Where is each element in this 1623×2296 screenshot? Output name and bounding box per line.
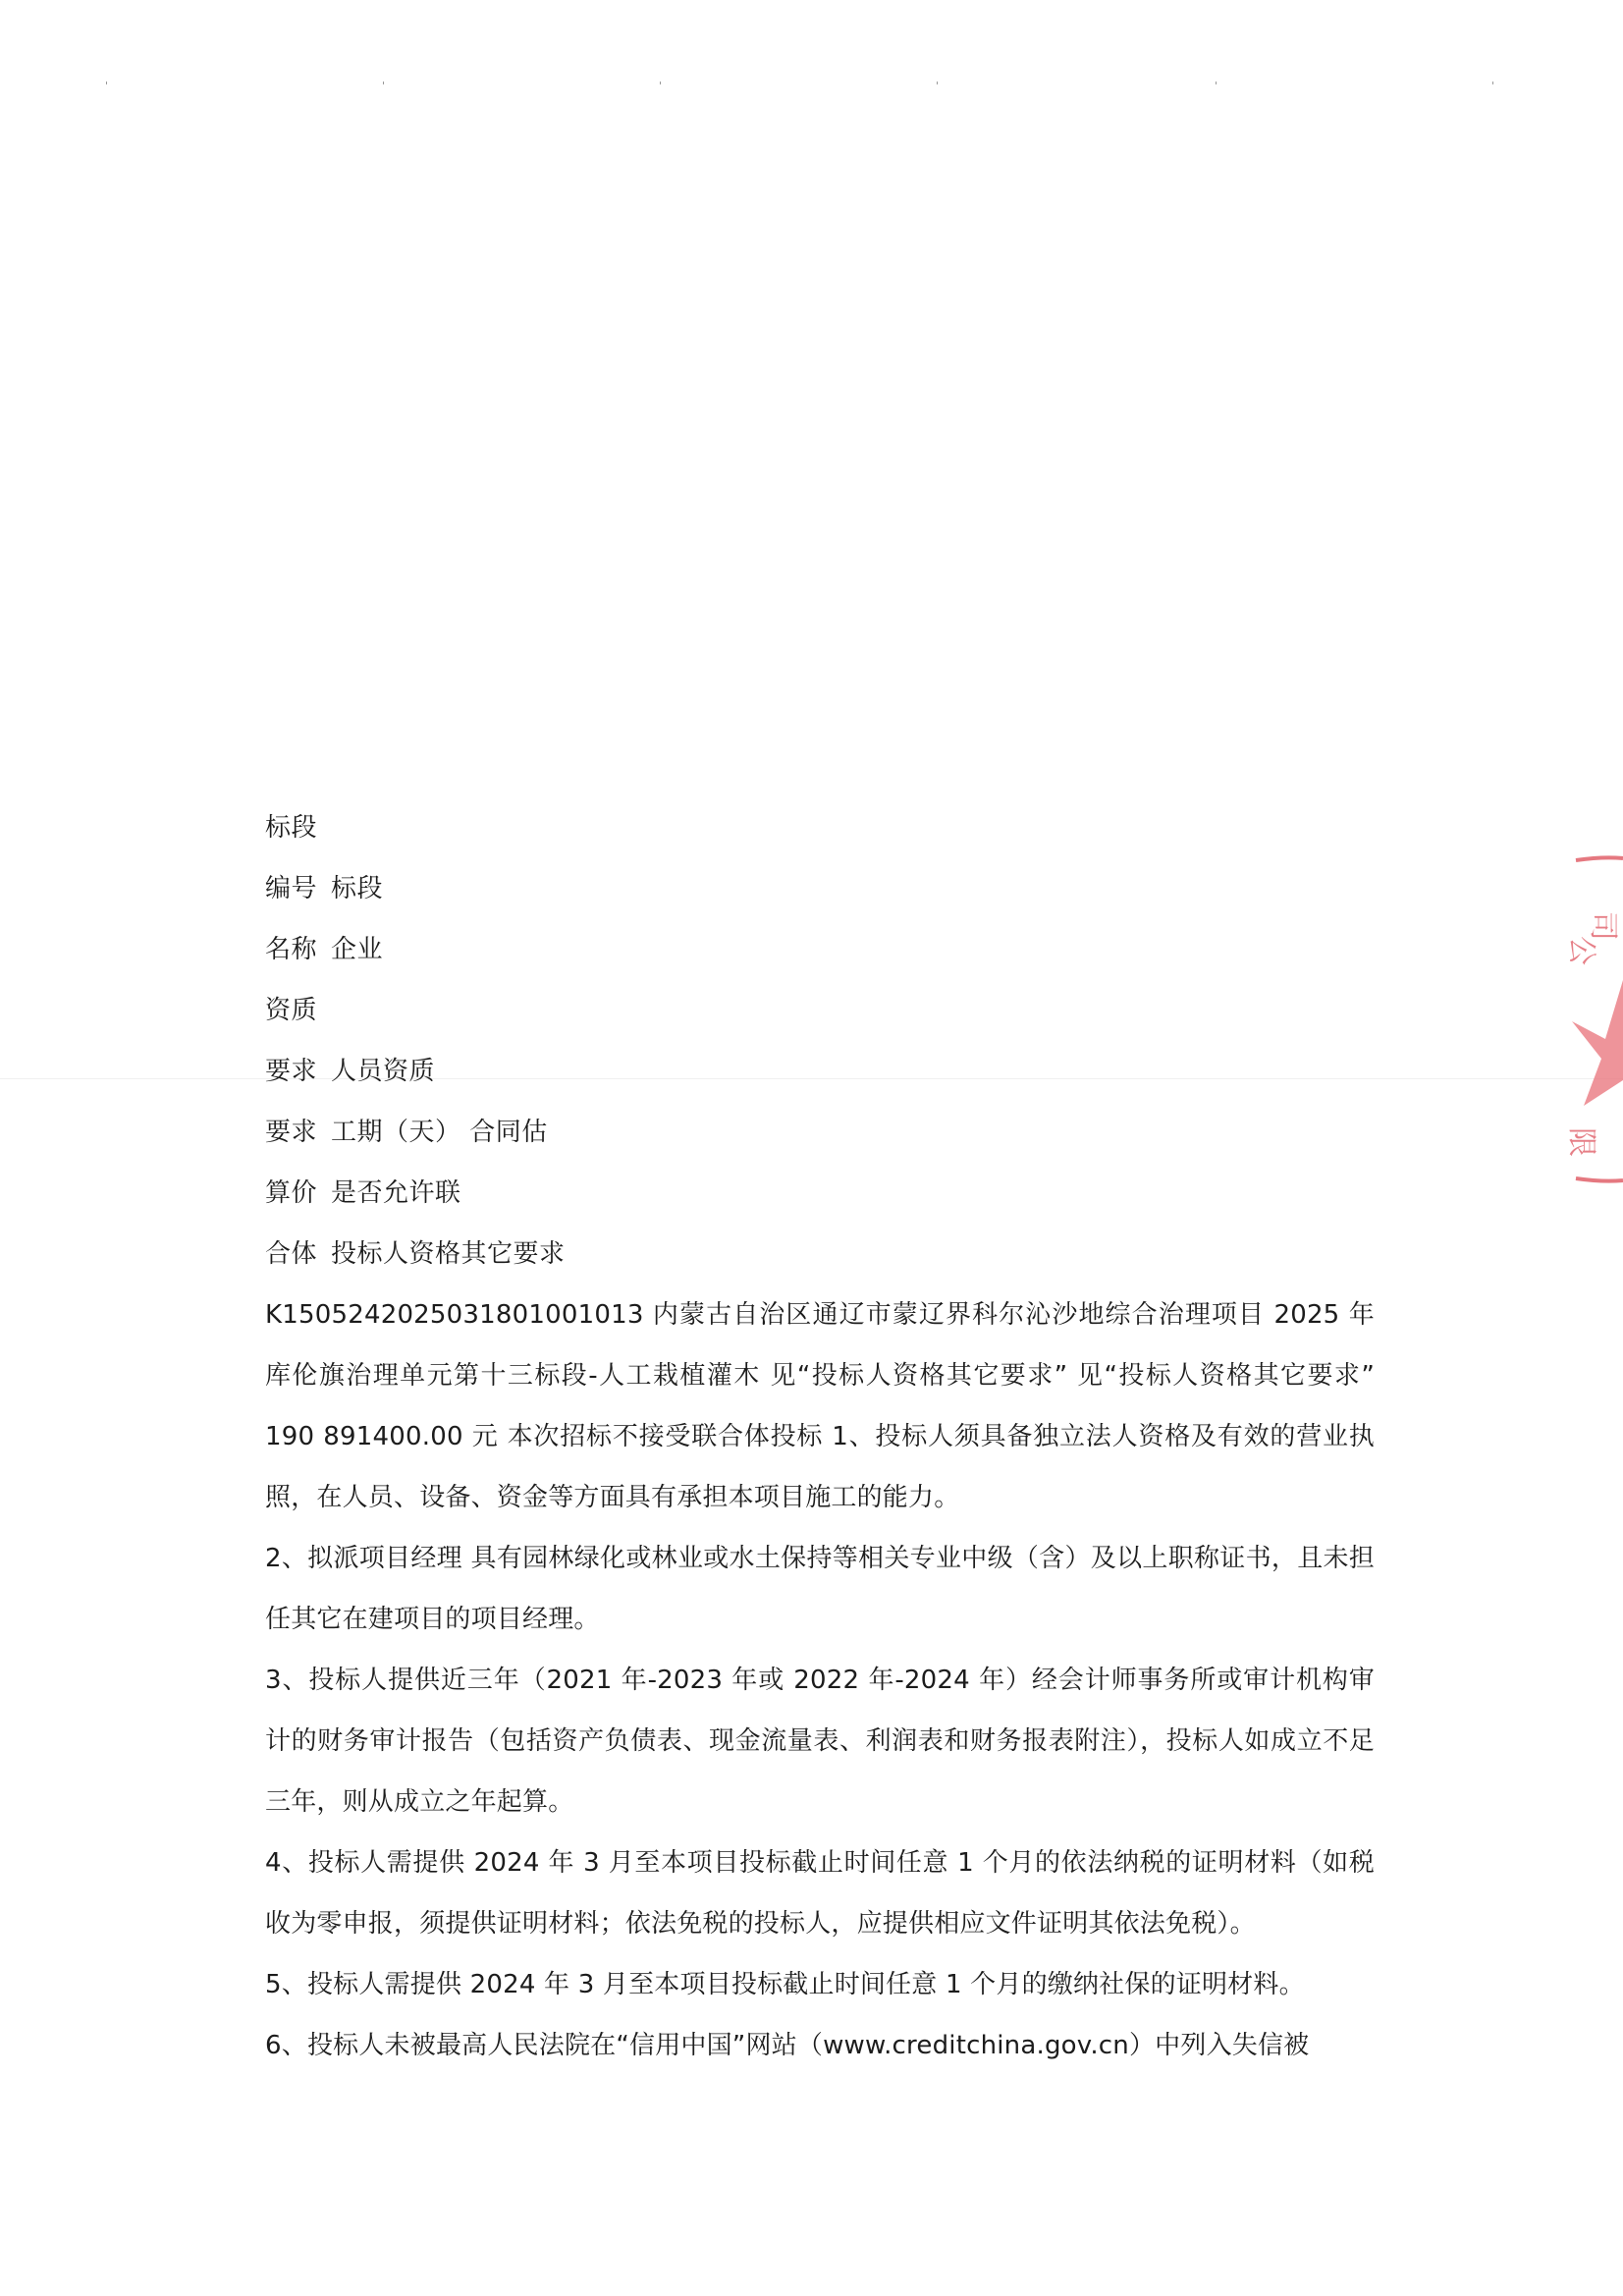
paragraph-requirement-3: 3、投标人提供近三年（2021 年-2023 年或 2022 年-2024 年）… <box>265 1650 1375 1832</box>
seal-icon: 司 公 限 <box>1564 852 1623 1186</box>
header-field: 要求工期（天） 合同估 <box>265 1102 1375 1163</box>
header-field: 名称企业 <box>265 919 1375 980</box>
paragraph-requirement-5: 5、投标人需提供 2024 年 3 月至本项目投标截止时间任意 1 个月的缴纳社… <box>265 1954 1375 2015</box>
svg-text:公: 公 <box>1564 936 1598 965</box>
paragraph-project-info: K150524202503180100101​3 内蒙古自治区通辽市蒙辽界科尔沁… <box>265 1285 1375 1528</box>
header-field: 资质 <box>265 980 1375 1041</box>
svg-text:限: 限 <box>1564 1127 1598 1157</box>
header-field: 要求人员资质 <box>265 1041 1375 1102</box>
header-field: 编号标段 <box>265 858 1375 919</box>
company-seal-stamp: 司 公 限 <box>1564 852 1623 1186</box>
paragraph-requirement-6: 6、投标人未被最高人民法院在“信用中国”网站（www.creditchina.g… <box>265 2015 1375 2076</box>
header-field: 算价是否允许联 <box>265 1163 1375 1224</box>
scan-marks <box>0 82 1623 85</box>
document-body: 标段 编号标段 名称企业 资质 要求人员资质 要求工期（天） 合同估 算价是否允… <box>265 797 1375 2076</box>
header-field: 标段 <box>265 797 1375 858</box>
paragraph-requirement-4: 4、投标人需提供 2024 年 3 月至本项目投标截止时间任意 1 个月的依法纳… <box>265 1832 1375 1954</box>
header-field: 合体投标人资格其它要求 <box>265 1224 1375 1285</box>
paragraph-requirement-2: 2、拟派项目经理 具有园林绿化或林业或水土保持等相关专业中级（含）及以上职称证书… <box>265 1528 1375 1650</box>
